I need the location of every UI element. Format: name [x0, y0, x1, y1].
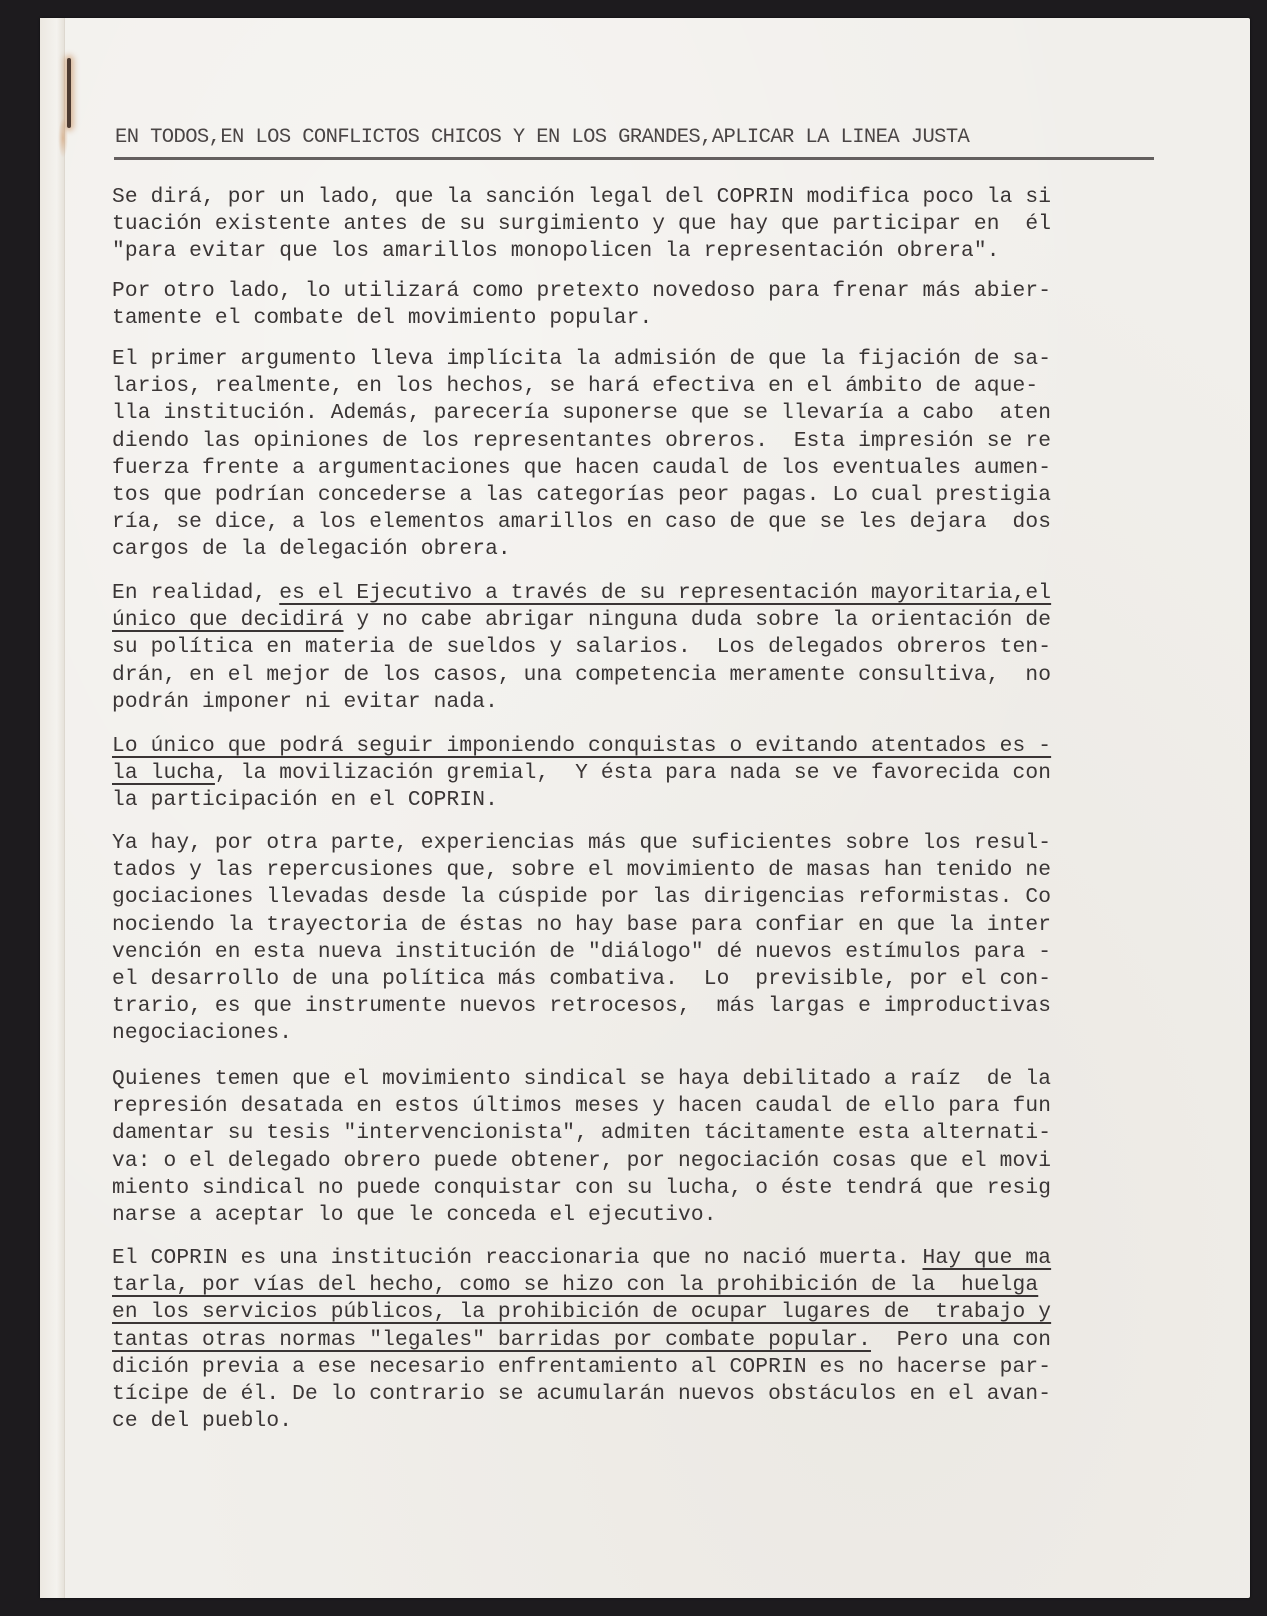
text-segment: El primer argumento lleva implícita la a… [112, 347, 1051, 371]
text-line: único que decidirá y no cabe abrigar nin… [112, 607, 1051, 634]
text-segment: Quienes temen que el movimiento sindical… [112, 1067, 1051, 1091]
text-segment: "para evitar que los amarillos monopolic… [112, 239, 1000, 263]
text-line: ría, se dice, a los elementos amarillos … [112, 509, 1051, 536]
text-line: cargos de la delegación obrera. [112, 536, 1051, 563]
underlined-text: la lucha [112, 761, 215, 785]
text-segment: tícipe de él. De lo contrario se acumula… [112, 1382, 1051, 1406]
text-line: en los servicios públicos, la prohibició… [112, 1299, 1051, 1326]
text-line: Lo único que podrá seguir imponiendo con… [112, 733, 1051, 760]
staple-icon [67, 58, 71, 128]
text-segment: Se dirá, por un lado, que la sanción leg… [112, 185, 1051, 209]
text-segment: su política en materia de sueldos y sala… [112, 635, 1051, 659]
text-segment: fuerza frente a argumentaciones que hace… [112, 456, 1051, 480]
text-segment: El COPRIN es una institución reaccionari… [112, 1246, 922, 1270]
text-line: En realidad, es el Ejecutivo a través de… [112, 580, 1051, 607]
text-segment: trario, es que instrumente nuevos retroc… [112, 994, 1051, 1018]
document-title: EN TODOS,EN LOS CONFLICTOS CHICOS Y EN L… [115, 126, 969, 149]
text-line: va: o el delegado obrero puede obtener, … [112, 1148, 1051, 1175]
text-line: "para evitar que los amarillos monopolic… [112, 238, 1051, 265]
paragraph: Quienes temen que el movimiento sindical… [112, 1066, 1051, 1229]
text-line: lla institución. Además, parecería supon… [112, 400, 1051, 427]
text-line: tuación existente antes de su surgimient… [112, 211, 1051, 238]
text-segment: Ya hay, por otra parte, experiencias más… [112, 831, 1051, 855]
text-line: el desarrollo de una política más combat… [112, 966, 1051, 993]
paragraph: Por otro lado, lo utilizará como pretext… [112, 278, 1051, 332]
text-line: tícipe de él. De lo contrario se acumula… [112, 1381, 1051, 1408]
text-line: damentar su tesis "intervencionista", ad… [112, 1120, 1051, 1147]
paragraph: El primer argumento lleva implícita la a… [112, 346, 1051, 564]
text-line: su política en materia de sueldos y sala… [112, 634, 1051, 661]
text-line: Se dirá, por un lado, que la sanción leg… [112, 184, 1051, 211]
text-segment: , la movilización gremial, Y ésta para n… [215, 761, 1051, 785]
text-segment: ría, se dice, a los elementos amarillos … [112, 510, 1051, 534]
underlined-text: único que decidirá [112, 608, 344, 632]
paragraph: El COPRIN es una institución reaccionari… [112, 1245, 1051, 1435]
text-line: fuerza frente a argumentaciones que hace… [112, 455, 1051, 482]
text-segment: diendo las opiniones de los representant… [112, 429, 1051, 453]
text-line: dición previa a ese necesario enfrentami… [112, 1354, 1051, 1381]
text-segment: damentar su tesis "intervencionista", ad… [112, 1121, 1051, 1145]
text-line: drán, en el mejor de los casos, una comp… [112, 662, 1051, 689]
text-line: gociaciones llevadas desde la cúspide po… [112, 884, 1051, 911]
text-line: tantas otras normas "legales" barridas p… [112, 1327, 1051, 1354]
text-segment: y no cabe abrigar ninguna duda sobre la … [344, 608, 1052, 632]
text-segment: va: o el delegado obrero puede obtener, … [112, 1149, 1051, 1173]
text-line: Por otro lado, lo utilizará como pretext… [112, 278, 1051, 305]
text-line: negociaciones. [112, 1020, 1051, 1047]
text-segment: la participación en el COPRIN. [112, 788, 498, 812]
text-line: narse a aceptar lo que le conceda el eje… [112, 1202, 1051, 1229]
text-segment: dición previa a ese necesario enfrentami… [112, 1355, 1051, 1379]
text-segment: tos que podrían concederse a las categor… [112, 483, 1051, 507]
text-segment: En realidad, [112, 581, 279, 605]
text-line: podrán imponer ni evitar nada. [112, 689, 1051, 716]
text-line: la lucha, la movilización gremial, Y ést… [112, 760, 1051, 787]
title-underline-rule [114, 157, 1154, 160]
text-line: nociendo la trayectoria de éstas no hay … [112, 912, 1051, 939]
text-line: El primer argumento lleva implícita la a… [112, 346, 1051, 373]
text-line: Quienes temen que el movimiento sindical… [112, 1066, 1051, 1093]
text-segment: podrán imponer ni evitar nada. [112, 690, 498, 714]
text-segment: drán, en el mejor de los casos, una comp… [112, 663, 1051, 687]
paragraph: Ya hay, por otra parte, experiencias más… [112, 830, 1051, 1048]
text-segment: larios, realmente, en los hechos, se har… [112, 374, 1038, 398]
text-line: El COPRIN es una institución reaccionari… [112, 1245, 1051, 1272]
text-segment: Pero una con [871, 1328, 1051, 1352]
text-segment: negociaciones. [112, 1021, 292, 1045]
folded-margin-strip [40, 18, 65, 1598]
text-line: larios, realmente, en los hechos, se har… [112, 373, 1051, 400]
text-line: represión desatada en estos últimos mese… [112, 1093, 1051, 1120]
text-line: trario, es que instrumente nuevos retroc… [112, 993, 1051, 1020]
text-segment: represión desatada en estos últimos mese… [112, 1094, 1051, 1118]
text-segment: cargos de la delegación obrera. [112, 537, 511, 561]
underlined-text: en los servicios públicos, la prohibició… [112, 1300, 1051, 1324]
text-segment: Por otro lado, lo utilizará como pretext… [112, 279, 1051, 303]
underlined-text: Hay que ma [922, 1246, 1051, 1270]
paragraph: Lo único que podrá seguir imponiendo con… [112, 733, 1051, 815]
text-line: vención en esta nueva institución de "di… [112, 939, 1051, 966]
text-segment: nociendo la trayectoria de éstas no hay … [112, 913, 1051, 937]
text-line: ce del pueblo. [112, 1408, 1051, 1435]
underlined-text: tarla, por vías del hecho, como se hizo … [112, 1273, 1038, 1297]
text-segment: el desarrollo de una política más combat… [112, 967, 1051, 991]
text-segment: vención en esta nueva institución de "di… [112, 940, 1051, 964]
text-line: la participación en el COPRIN. [112, 787, 1051, 814]
text-line: miento sindical no puede conquistar con … [112, 1175, 1051, 1202]
text-line: tos que podrían concederse a las categor… [112, 482, 1051, 509]
underlined-text: Lo único que podrá seguir imponiendo con… [112, 734, 1051, 758]
text-segment: tados y las repercusiones que, sobre el … [112, 858, 1051, 882]
underlined-text: tantas otras normas "legales" barridas p… [112, 1328, 871, 1352]
text-segment: tuación existente antes de su surgimient… [112, 212, 1051, 236]
paragraph: En realidad, es el Ejecutivo a través de… [112, 580, 1051, 716]
text-line: tarla, por vías del hecho, como se hizo … [112, 1272, 1051, 1299]
text-segment: lla institución. Además, parecería supon… [112, 401, 1051, 425]
text-segment: ce del pueblo. [112, 1409, 292, 1433]
underlined-text: es el Ejecutivo a través de su represent… [279, 581, 1051, 605]
text-line: Ya hay, por otra parte, experiencias más… [112, 830, 1051, 857]
text-segment: miento sindical no puede conquistar con … [112, 1176, 1051, 1200]
text-segment: tamente el combate del movimiento popula… [112, 306, 652, 330]
text-line: tados y las repercusiones que, sobre el … [112, 857, 1051, 884]
text-segment: gociaciones llevadas desde la cúspide po… [112, 885, 1051, 909]
text-line: tamente el combate del movimiento popula… [112, 305, 1051, 332]
text-line: diendo las opiniones de los representant… [112, 428, 1051, 455]
paragraph: Se dirá, por un lado, que la sanción leg… [112, 184, 1051, 266]
text-segment: narse a aceptar lo que le conceda el eje… [112, 1203, 717, 1227]
